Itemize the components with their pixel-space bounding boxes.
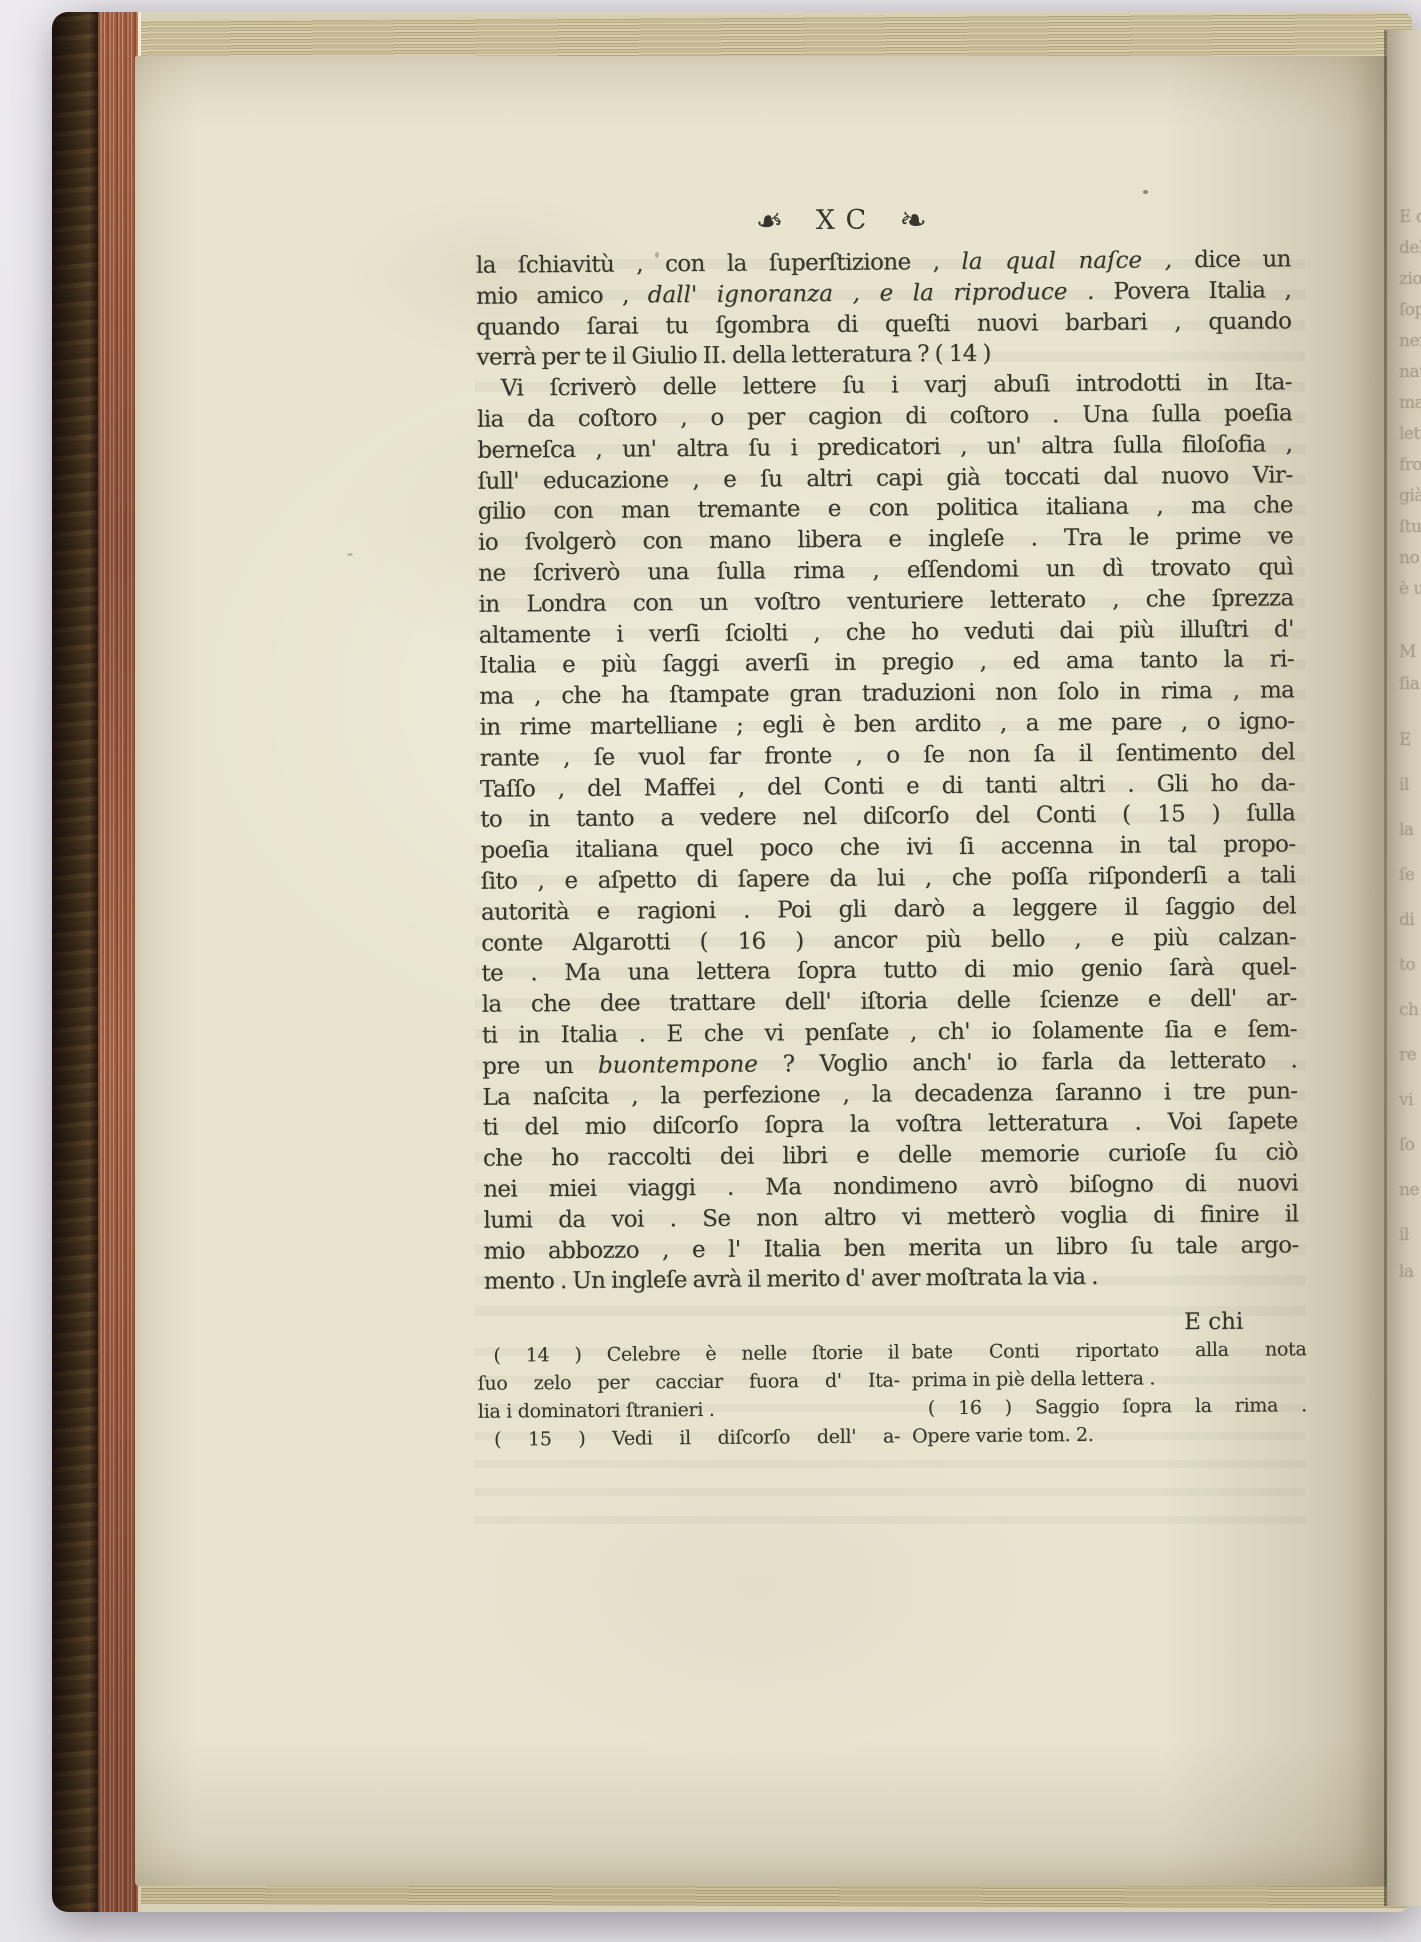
adjacent-page-text-fragment: E d: [1399, 207, 1421, 227]
text-segment: mio amico ,: [476, 282, 648, 309]
body-text: la ſchiavitù , con la ſuperſtizione , la…: [476, 246, 1299, 1299]
adjacent-page-text-fragment: no: [1399, 548, 1419, 568]
text-segment: gilio con man tremante e con politica it…: [478, 493, 1293, 525]
fleuron-right-icon: ❧: [897, 202, 929, 238]
adjacent-page-text-fragment: ſtu: [1399, 517, 1421, 537]
adjacent-page-text-fragment: ne: [1399, 1180, 1419, 1200]
adjacent-page-text-fragment: ma: [1399, 393, 1421, 413]
text-segment: ſuo zelo per cacciar fuora d' Ita-: [478, 1369, 900, 1394]
text-segment: lia da coſtoro , o per cagion di coſtoro…: [477, 400, 1292, 432]
text-segment: conte Algarotti ( 16 ) ancor più bello ,…: [481, 924, 1296, 956]
adjacent-page-text-fragment: ſop: [1399, 300, 1421, 320]
text-line: ( 16 ) Saggio ſopra la rima .: [912, 1394, 1307, 1425]
text-segment: mio abbozzo , e l' Italia ben merita un …: [484, 1232, 1299, 1264]
adjacent-page-text-fragment: di: [1399, 910, 1414, 930]
text-segment: ſito , e aſpetto di ſapere da lui , che …: [481, 862, 1296, 894]
adjacent-page-text-fragment: il: [1399, 1225, 1409, 1245]
text-line: prima in piè della lettera .: [912, 1366, 1307, 1397]
left-page: ❧ XC ❧ la ſchiavitù , con la ſuperſtizio…: [135, 56, 1387, 1886]
adjacent-page-text-fragment: let: [1399, 424, 1420, 444]
text-segment: lumi da voi . Se non altro vi metterò vo…: [483, 1201, 1298, 1233]
text-segment: Vi ſcriverò delle lettere ſu i varj abuſ…: [501, 369, 1292, 401]
text-line: lia i dominatori ſtranieri .: [478, 1397, 900, 1428]
text-segment: ( 16 ) Saggio ſopra la rima .: [928, 1394, 1307, 1419]
text-segment: La naſcita , la perfezione , la decadenz…: [482, 1078, 1297, 1110]
text-line: mento . Un ingleſe avrà il merito d' ave…: [484, 1263, 1299, 1300]
page-content: ❧ XC ❧ la ſchiavitù , con la ſuperſtizio…: [129, 52, 1395, 1892]
adjacent-page-text-fragment: già: [1399, 486, 1421, 506]
text-segment: la che dee trattare dell' iſtoria delle …: [482, 985, 1297, 1017]
text-segment: ti del mio diſcorſo ſopra la voſtra lett…: [483, 1109, 1298, 1141]
text-segment: in Londra con un voſtro venturiere lette…: [478, 585, 1293, 617]
text-segment: verrà per te il Giulio II. della lettera…: [477, 341, 991, 371]
italic-text-segment: la qual naſce ,: [961, 247, 1172, 275]
adjacent-page-text-fragment: fro: [1399, 455, 1421, 475]
footnote-column-right: bate Conti riportato alla notaprima in p…: [911, 1338, 1307, 1453]
text-segment: bate Conti riportato alla nota: [911, 1338, 1306, 1363]
italic-text-segment: buontempone: [598, 1051, 758, 1078]
adjacent-page-text-fragment: ſe: [1399, 865, 1414, 885]
adjacent-page-text-fragment: è u: [1399, 579, 1421, 599]
running-head: ❧ XC ❧: [433, 201, 1248, 240]
adjacent-page-text-fragment: ſo: [1399, 1135, 1415, 1155]
text-segment: in rime martelliane ; egli è ben ardito …: [479, 708, 1294, 740]
text-line: ſuo zelo per cacciar fuora d' Ita-: [478, 1369, 900, 1400]
adjacent-page-text-fragment: E: [1399, 730, 1411, 750]
text-segment: pre un: [482, 1052, 598, 1079]
text-segment: to in tanto a vedere nel diſcorſo del Co…: [480, 801, 1295, 833]
book: ❧ XC ❧ la ſchiavitù , con la ſuperſtizio…: [52, 12, 1407, 1912]
text-segment: quando ſarai tu ſgombra di queſti nuovi …: [476, 308, 1291, 340]
text-segment: rante , ſe vuol far fronte , o ſe non ſa…: [480, 739, 1295, 771]
text-segment: te . Ma una lettera ſopra tutto di mio g…: [481, 955, 1296, 987]
adjacent-page-text-fragment: la: [1399, 820, 1414, 840]
text-segment: poeſia italiana quel poco che ivi ſi acc…: [480, 831, 1295, 863]
italic-text-segment: dall' ignoranza , e la riproduce .: [648, 279, 1095, 309]
text-segment: ( 15 ) Vedi il diſcorſo dell' a-: [494, 1425, 900, 1450]
text-segment: la ſchiavitù , con la ſuperſtizione ,: [476, 249, 962, 279]
text-segment: prima in piè della lettera .: [912, 1367, 1156, 1391]
adjacent-page-text-fragment: vi: [1399, 1090, 1413, 1110]
text-segment: autorità e ragioni . Poi gli darò a legg…: [481, 893, 1296, 925]
text-segment: ne ſcriverò una ſulla rima , eſſendomi u…: [478, 554, 1293, 586]
page-number: XC: [805, 205, 878, 237]
fleuron-left-icon: ❧: [753, 203, 785, 240]
text-segment: che ho raccolti dei libri e delle memori…: [483, 1139, 1298, 1171]
text-segment: altamente i verſi ſciolti , che ho vedut…: [479, 616, 1294, 648]
adjacent-page-text-fragment: M: [1399, 642, 1416, 662]
adjacent-page-text-fragment: re: [1399, 1045, 1416, 1065]
text-segment: dice un: [1172, 246, 1291, 273]
text-segment: ſull' educazione , e ſu altri capi già t…: [477, 462, 1292, 494]
text-line: ( 14 ) Celebre è nelle ſtorie il: [477, 1341, 899, 1372]
text-line: Opere varie tom. 2.: [912, 1422, 1307, 1453]
text-segment: io ſvolgerò con mano libera e ingleſe . …: [478, 523, 1293, 555]
book-scan-photo: ❧ XC ❧ la ſchiavitù , con la ſuperſtizio…: [0, 0, 1421, 1942]
text-line: bate Conti riportato alla nota: [911, 1338, 1306, 1369]
adjacent-page-text-fragment: la: [1399, 1262, 1414, 1282]
adjacent-page-text-fragment: to: [1399, 955, 1415, 975]
adjacent-page-text-fragment: ch: [1399, 1000, 1418, 1020]
footnote-column-left: ( 14 ) Celebre è nelle ſtorie ilſuo zelo…: [477, 1341, 900, 1456]
text-line: ( 15 ) Vedi il diſcorſo dell' a-: [478, 1425, 900, 1456]
adjacent-page-sliver: E ddellzioſopnennatmaletfrogiàſtunoè uMſ…: [1387, 30, 1421, 1906]
text-segment: ( 14 ) Celebre è nelle ſtorie il: [493, 1341, 899, 1366]
adjacent-page-text-fragment: il: [1399, 775, 1409, 795]
text-segment: Povera Italia ,: [1094, 277, 1291, 305]
text-segment: Opere varie tom. 2.: [912, 1424, 1094, 1447]
adjacent-page-text-fragment: nen: [1399, 331, 1421, 351]
text-segment: Taſſo , del Maffei , del Conti e di tant…: [480, 770, 1295, 802]
text-segment: ? Voglio anch' io farla da letterato .: [758, 1047, 1298, 1077]
text-segment: ti in Italia . E che vi penſate , ch' io…: [482, 1016, 1297, 1048]
adjacent-page-text-fragment: dell: [1399, 238, 1421, 258]
text-segment: berneſca , un' altra ſu i predicatori , …: [477, 431, 1292, 463]
catchword: E chi: [484, 1308, 1299, 1340]
text-segment: nei miei viaggi . Ma nondimeno avrò biſo…: [483, 1170, 1298, 1202]
text-segment: ma , che ha ſtampate gran traduzioni non…: [479, 677, 1294, 709]
adjacent-page-text-fragment: ſia: [1399, 674, 1419, 694]
text-segment: mento . Un ingleſe avrà il merito d' ave…: [484, 1264, 1098, 1295]
text-segment: lia i dominatori ſtranieri .: [478, 1399, 715, 1423]
adjacent-page-text-fragment: zio: [1399, 269, 1421, 289]
text-segment: Italia e più ſaggi averſi in pregio , ed…: [479, 647, 1294, 679]
book-spine: [52, 12, 98, 1912]
adjacent-page-text-fragment: nat: [1399, 362, 1421, 382]
